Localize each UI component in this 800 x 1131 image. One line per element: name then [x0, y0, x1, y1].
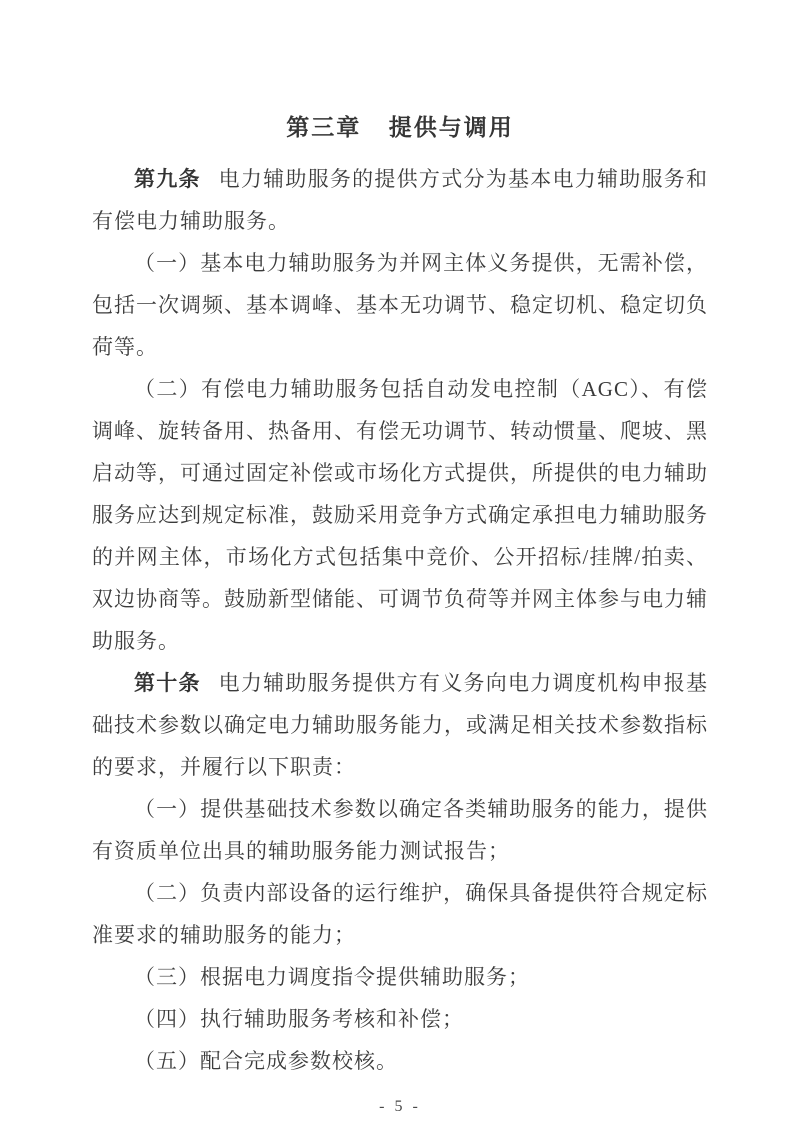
list-item-paragraph: （一）提供基础技术参数以确定各类辅助服务的能力，提供有资质单位出具的辅助服务能力…	[92, 788, 708, 872]
paragraph-text: （一）提供基础技术参数以确定各类辅助服务的能力，提供有资质单位出具的辅助服务能力…	[92, 797, 708, 863]
list-item-paragraph: （二）有偿电力辅助服务包括自动发电控制（AGC）、有偿调峰、旋转备用、热备用、有…	[92, 368, 708, 662]
list-item-paragraph: （一）基本电力辅助服务为并网主体义务提供，无需补偿，包括一次调频、基本调峰、基本…	[92, 242, 708, 368]
page-number: - 5 -	[92, 1098, 708, 1116]
chapter-heading: 第三章提供与调用	[92, 106, 708, 150]
paragraph-text: （一）基本电力辅助服务为并网主体义务提供，无需补偿，包括一次调频、基本调峰、基本…	[92, 251, 708, 359]
article-number-label: 第十条	[134, 671, 201, 695]
list-item-paragraph: （四）执行辅助服务考核和补偿；	[92, 998, 708, 1040]
paragraph-text: （二）有偿电力辅助服务包括自动发电控制（AGC）、有偿调峰、旋转备用、热备用、有…	[92, 377, 708, 653]
article-number-label: 第九条	[134, 167, 201, 191]
document-page: 第三章提供与调用 第九条电力辅助服务的提供方式分为基本电力辅助服务和有偿电力辅助…	[0, 0, 800, 1131]
article-paragraph: 第九条电力辅助服务的提供方式分为基本电力辅助服务和有偿电力辅助服务。	[92, 158, 708, 242]
document-body: 第九条电力辅助服务的提供方式分为基本电力辅助服务和有偿电力辅助服务。 （一）基本…	[92, 158, 708, 1082]
list-item-paragraph: （五）配合完成参数校核。	[92, 1040, 708, 1082]
paragraph-text: （三）根据电力调度指令提供辅助服务；	[134, 965, 530, 989]
paragraph-text: （四）执行辅助服务考核和补偿；	[134, 1007, 464, 1031]
list-item-paragraph: （二）负责内部设备的运行维护，确保具备提供符合规定标准要求的辅助服务的能力；	[92, 872, 708, 956]
chapter-number: 第三章	[286, 115, 361, 140]
paragraph-text: （二）负责内部设备的运行维护，确保具备提供符合规定标准要求的辅助服务的能力；	[92, 881, 708, 947]
chapter-title: 提供与调用	[389, 115, 514, 140]
paragraph-text: （五）配合完成参数校核。	[134, 1049, 398, 1073]
article-paragraph: 第十条电力辅助服务提供方有义务向电力调度机构申报基础技术参数以确定电力辅助服务能…	[92, 662, 708, 788]
list-item-paragraph: （三）根据电力调度指令提供辅助服务；	[92, 956, 708, 998]
